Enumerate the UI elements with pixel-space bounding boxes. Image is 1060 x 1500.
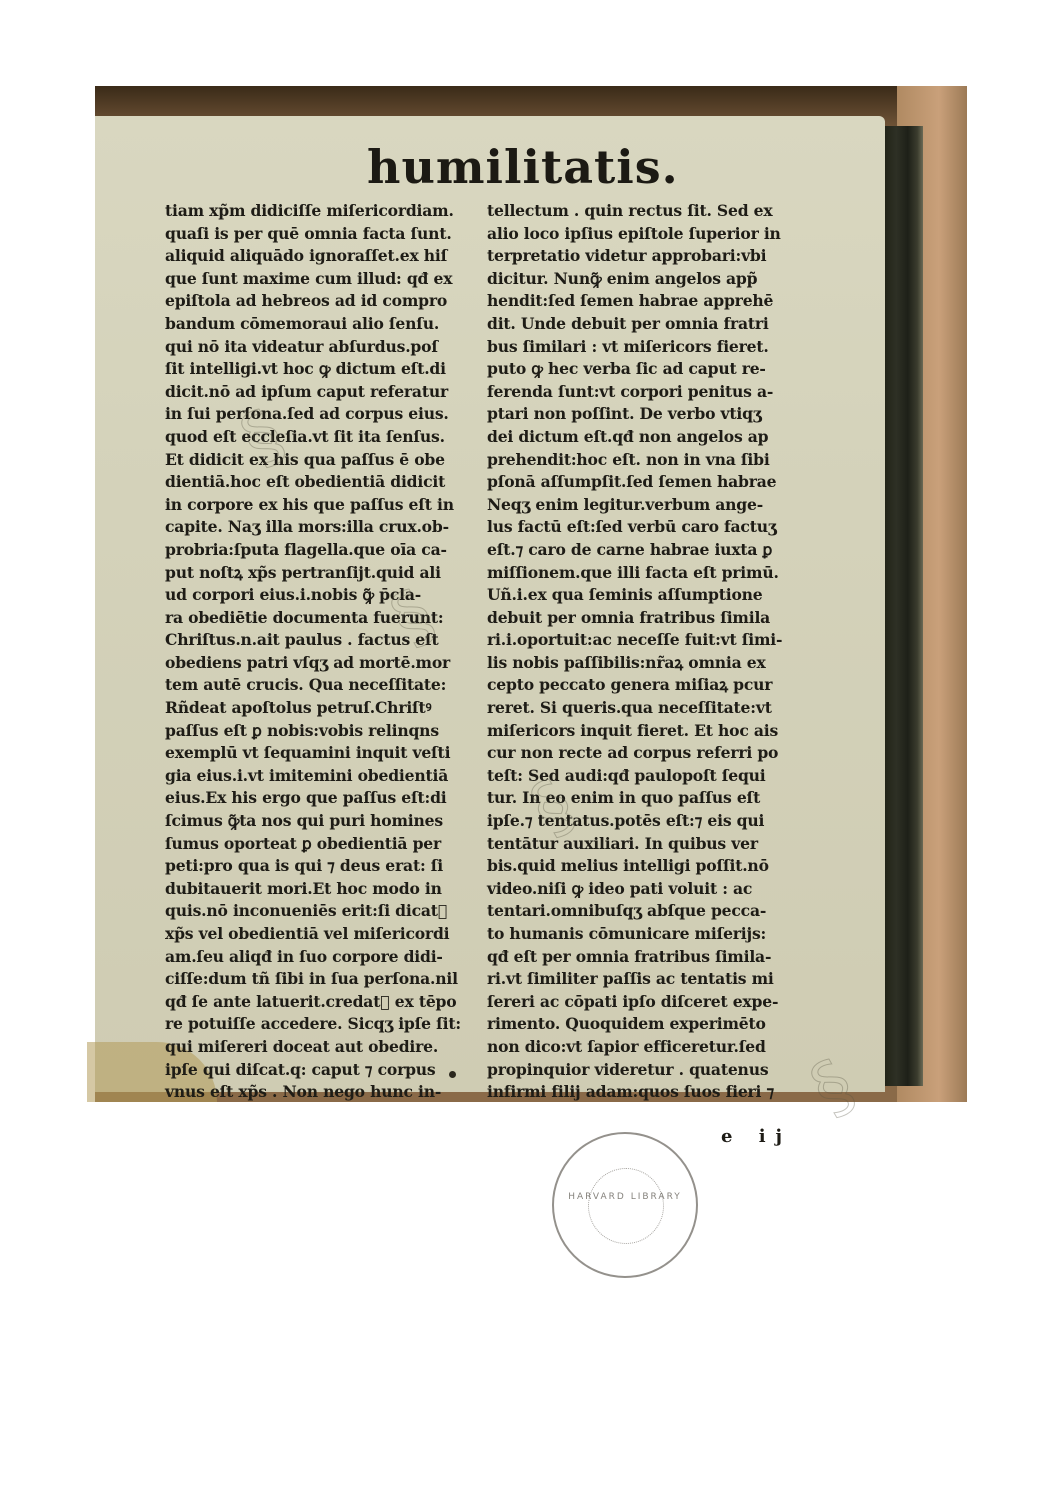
- text-line: ſit intelligi.vt hoc ꝙ dictum eſt.di: [165, 358, 495, 381]
- text-line: Uñ.i.ex qua ſeminis aſſumptione: [487, 584, 817, 607]
- text-line: dicit.nō ad ipſum caput referatur: [165, 381, 495, 404]
- text-line: tiam xp̃m didiciſſe miſericordiam.: [165, 200, 495, 223]
- text-line: ipſe qui diſcat.q: caput ⁊ corpus: [165, 1059, 495, 1082]
- text-line: ptari non poſſint. De verbo vtiqʒ: [487, 403, 817, 426]
- book-fore-edge: [885, 126, 923, 1086]
- text-line: puto ꝙ hec verba ſic ad caput re-: [487, 358, 817, 381]
- text-line: infirmi filij adam:quos ſuos fieri ⁊: [487, 1081, 817, 1104]
- text-line: to humanis cōmunicare miſerijs:: [487, 923, 817, 946]
- text-line: bis.quid melius intelligi poſſit.nō: [487, 855, 817, 878]
- text-line: epiſtola ad hebreos ad id compro: [165, 290, 495, 313]
- text-line: propinquior videretur . quatenus: [487, 1059, 817, 1082]
- text-line: probria:ſputa flagella.que oīa ca-: [165, 539, 495, 562]
- text-line: dei dictum eſt.qđ non angelos ap: [487, 426, 817, 449]
- text-line: miſſionem.que illi facta eſt primū.: [487, 562, 817, 585]
- running-head: humilitatis.: [367, 140, 679, 194]
- text-line: hendit:ſed ſemen habrae apprehē: [487, 290, 817, 313]
- stamp-inner-ring: [588, 1168, 664, 1244]
- text-line: quis.nō inconueniēs erit:ſi dicatᷣ: [165, 900, 495, 923]
- text-line: cepto peccato genera miſiaꝝ pcur: [487, 674, 817, 697]
- text-line: pſonā aſſumpſit.ſed ſemen habrae: [487, 471, 817, 494]
- text-line: alio loco ipſius epiſtole ſuperior in: [487, 223, 817, 246]
- text-line: prehendit:hoc eſt. non in vna ſibi: [487, 449, 817, 472]
- text-line: reret. Si queris.qua neceſſitate:vt: [487, 697, 817, 720]
- text-line: ſumus oporteat ꝑ obedientiā per: [165, 833, 495, 856]
- text-line: cur non recte ad corpus referri po: [487, 742, 817, 765]
- stamp-text: HARVARD LIBRARY: [554, 1192, 696, 1202]
- text-line: dicitur. Nunꝙ̃ enim angelos app̃: [487, 268, 817, 291]
- text-line: gia eius.i.vt imitemini obedientiā: [165, 765, 495, 788]
- text-line: ſereri ac cōpati ipſo diſceret expe-: [487, 991, 817, 1014]
- text-line: Neqʒ enim legitur.verbum ange-: [487, 494, 817, 517]
- text-line: ciſſe:dum tñ ſibi in ſua perſona.nil: [165, 968, 495, 991]
- text-line: re potuiſſe accedere. Sicqʒ ipſe ſit:: [165, 1013, 495, 1036]
- text-line: tentari.omnibuſqʒ abſque pecca-: [487, 900, 817, 923]
- text-line: ri.vt ſimiliter paſſis ac tentatis mi: [487, 968, 817, 991]
- text-line: bus ſimilari : vt miſericors fieret.: [487, 336, 817, 359]
- text-line: quaſi is per quē omnia facta ſunt.: [165, 223, 495, 246]
- text-line: non dico:vt ſapior efficeretur.ſed: [487, 1036, 817, 1059]
- text-line: ri.i.oportuit:ac neceſſe fuit:vt ſimi-: [487, 629, 817, 652]
- book-page: humilitatis. tiam xp̃m didiciſſe miſeric…: [95, 116, 885, 1092]
- text-line: eius.Ex his ergo que paſſus eſt:di: [165, 787, 495, 810]
- text-line: vnus eſt xp̃s . Non nego hunc in-: [165, 1081, 495, 1104]
- text-line: qđ ſe ante latuerit.credatᷣ ex tēpo: [165, 991, 495, 1014]
- text-line: peti:pro qua is qui ⁊ deus erat: ſi: [165, 855, 495, 878]
- text-line: rimento. Quoquidem experimēto: [487, 1013, 817, 1036]
- text-line: tem autē crucis. Qua neceſſitate:: [165, 674, 495, 697]
- text-line: in ſui perſona.ſed ad corpus eius.: [165, 403, 495, 426]
- text-line: qui nō ita videatur abſurdus.poſ: [165, 336, 495, 359]
- text-line: put noſtꝝ xp̃s pertranſijt.quid ali: [165, 562, 495, 585]
- text-line: quod eſt eccleſia.vt ſit ita ſenſus.: [165, 426, 495, 449]
- text-line: capite. Naʒ illa mors:illa crux.ob-: [165, 516, 495, 539]
- text-line: dit. Unde debuit per omnia fratri: [487, 313, 817, 336]
- text-line: ſcimus ꝙ̃ta nos qui puri homines: [165, 810, 495, 833]
- text-line: xp̃s vel obedientiā vel miſericordi: [165, 923, 495, 946]
- text-line: lus factū eſt:ſed verbū caro factuʒ: [487, 516, 817, 539]
- text-line: eſt.⁊ caro de carne habrae iuxta ꝑ: [487, 539, 817, 562]
- text-line: que ſunt maxime cum illud: qđ ex: [165, 268, 495, 291]
- text-line: lis nobis paſſibilis:nr̃aꝝ omnia ex: [487, 652, 817, 675]
- left-text-column: tiam xp̃m didiciſſe miſericordiam. quaſi…: [165, 200, 495, 1104]
- text-line: Rñdeat apoſtolus petruſ.Chriſtꝰ: [165, 697, 495, 720]
- right-text-column: tellectum . quin rectus ſit. Sed ex alio…: [487, 200, 817, 1104]
- text-line: ra obediētie documenta fuerunt:: [165, 607, 495, 630]
- text-line: terpretatio videtur approbari:vbi: [487, 245, 817, 268]
- text-line: bandum cōmemoraui alio ſenſu.: [165, 313, 495, 336]
- text-line: tentātur auxiliari. In quibus ver: [487, 833, 817, 856]
- text-line: in corpore ex his que paſſus eſt in: [165, 494, 495, 517]
- text-line: qđ eſt per omnia fratribus ſimila-: [487, 946, 817, 969]
- library-stamp: HARVARD LIBRARY: [552, 1132, 698, 1278]
- text-line: aliquid aliquādo ignoraſſet.ex hiſ: [165, 245, 495, 268]
- text-line: ferenda ſunt:vt corpori penitus a-: [487, 381, 817, 404]
- text-line: dubitauerit mori.Et hoc modo in: [165, 878, 495, 901]
- ink-speck: [449, 1071, 456, 1078]
- book-scan: humilitatis. tiam xp̃m didiciſſe miſeric…: [95, 86, 967, 1102]
- text-line: exemplū vt ſequamini inquit veſti: [165, 742, 495, 765]
- text-line: debuit per omnia fratribus ſimila: [487, 607, 817, 630]
- text-line: miſericors inquit fieret. Et hoc ais: [487, 720, 817, 743]
- text-line: ud corpori eius.i.nobis ꝙ̃ p̄cla-: [165, 584, 495, 607]
- text-line: paſſus eſt ꝑ nobis:vobis relinqns: [165, 720, 495, 743]
- text-line: Et didicit ex his qua paſſus ē obe: [165, 449, 495, 472]
- text-line: obediens patri vſqʒ ad mortē.mor: [165, 652, 495, 675]
- text-line: am.ſeu aliqđ in ſuo corpore didi-: [165, 946, 495, 969]
- text-line: video.niſi ꝙ ideo pati voluit : ac: [487, 878, 817, 901]
- signature-mark: e ij: [721, 1126, 792, 1147]
- text-line: qui miſereri doceat aut obedire.: [165, 1036, 495, 1059]
- text-line: tellectum . quin rectus ſit. Sed ex: [487, 200, 817, 223]
- text-line: dientiā.hoc eſt obedientiā didicit: [165, 471, 495, 494]
